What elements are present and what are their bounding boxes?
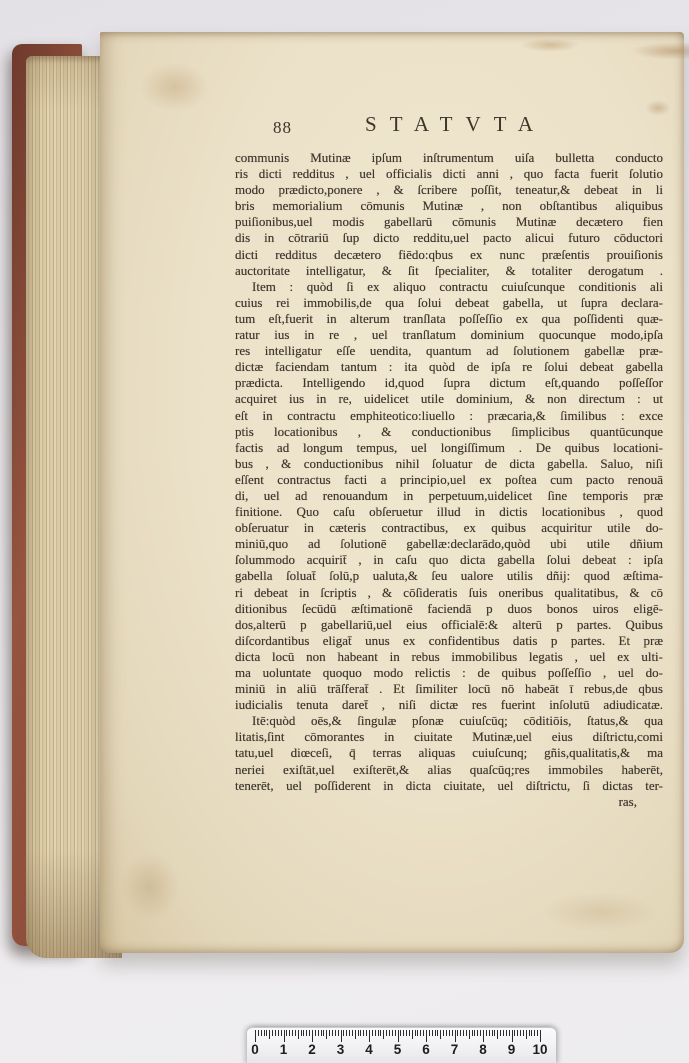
text-line: ris dicti redditus , uel officialis dict… [235,166,663,182]
ruler-tick [398,1030,399,1042]
ruler-tick [372,1030,373,1036]
ruler-tick [429,1030,430,1036]
ruler-tick [266,1030,267,1036]
running-head: 88 STATVTA [235,112,663,140]
ruler-tick [289,1030,290,1036]
ruler-tick [286,1030,287,1036]
ruler-tick [500,1030,501,1036]
ruler-tick [343,1030,344,1036]
ruler-tick [378,1030,379,1036]
ruler-tick [531,1030,532,1036]
photo-background: 88 STATVTA communis Mutinæ ipſum inſtrum… [0,0,689,1063]
body-text: communis Mutinæ ipſum inſtrumentum uiſa … [235,150,663,810]
text-line: dicta locū non habeant in rebus immobili… [235,649,663,665]
ruler-tick [520,1030,521,1036]
ruler-tick [517,1030,518,1036]
text-line: modo prædicto,ponere , & ſcribere poſſit… [235,182,663,198]
ruler-tick [472,1030,473,1036]
text-line: communis Mutinæ ipſum inſtrumentum uiſa … [235,150,663,166]
ruler-tick [455,1030,456,1042]
ruler-tick [486,1030,487,1036]
text-line: eſt in contractu emphiteotico:liuello : … [235,408,663,424]
ruler-number: 7 [451,1042,459,1057]
ruler-tick [423,1030,424,1036]
text-line: ditionibus ſecūdū æſtimationē faciendā p… [235,601,663,617]
ruler-tick [432,1030,433,1036]
ruler-number: 9 [508,1042,516,1057]
text-line: ſolummodo acquirit̄ , in caſu quo dicta … [235,552,663,568]
ruler-tick [526,1030,527,1039]
book-page: 88 STATVTA communis Mutinæ ipſum inſtrum… [100,32,684,953]
ruler-number: 8 [479,1042,487,1057]
text-line: cuius rei immobilis,de qua ſolui debeat … [235,295,663,311]
ruler-tick [323,1030,324,1036]
ruler-tick [409,1030,410,1036]
text-line: dicti redditus decætero fiēdo:qbus ex nu… [235,247,663,263]
ruler-tick [295,1030,296,1036]
text-line: gabella ſoluat̄ ſolū,p ualuta,& ſeu ualo… [235,568,663,584]
ruler-tick [492,1030,493,1036]
ruler-number: 4 [365,1042,373,1057]
ruler-tick [440,1030,441,1039]
ruler-tick [435,1030,436,1036]
ruler-tick [292,1030,293,1036]
foxing-spot [120,852,180,922]
text-line: obſeruatur in cæteris contractibus, ex q… [235,520,663,536]
ruler-tick [321,1030,322,1036]
ruler-number: 5 [394,1042,402,1057]
ruler-tick [332,1030,333,1036]
ruler-tick [358,1030,359,1036]
text-line: miniū in aliū trāſferat̄ . Et ſimiliter … [235,681,663,697]
text-line: dos,alterū p gabellariū,uel eius officia… [235,617,663,633]
foxing-spot [630,42,689,60]
ruler-number: 2 [308,1042,316,1057]
ruler-tick [338,1030,339,1036]
ruler-tick [426,1030,427,1042]
ruler-tick [509,1030,510,1036]
ruler-tick [278,1030,279,1036]
text-line: tatu,uel diœceſi, q̄ terras aliquas cuiu… [235,745,663,761]
ruler-tick [386,1030,387,1036]
foxing-spot [540,892,660,932]
ruler-tick [261,1030,262,1036]
ruler-number: 10 [532,1042,547,1057]
ruler-tick [437,1030,438,1036]
text-line: factis ad longum tempus, uel longiſſimum… [235,440,663,456]
ruler-tick [335,1030,336,1036]
ruler-tick [463,1030,464,1036]
ruler-tick [355,1030,356,1039]
ruler-tick [258,1030,259,1036]
ruler-tick [309,1030,310,1036]
ruler-tick [443,1030,444,1036]
text-line: dictæ faciendam tantum : ita quòd de ipſ… [235,359,663,375]
text-line: tum eſt,fuerit in alterum tranſlata poſſ… [235,311,663,327]
text-line: puiſionibus,uel modis gabellarū cōmunis … [235,214,663,230]
text-line: bris memorialium cōmunis Mutinæ , non ob… [235,198,663,214]
ruler-tick [489,1030,490,1036]
ruler-tick [477,1030,478,1036]
ruler: 012345678910 [247,1027,556,1063]
ruler-tick [534,1030,535,1036]
ruler-tick [346,1030,347,1036]
ruler-tick [375,1030,376,1036]
text-line: auctoritate intelligatur, & ſit ſpeciali… [235,263,663,279]
text-line: ma uoluntate quoquo modo relictis : de q… [235,665,663,681]
text-line: Item : quòd ſi ex aliquo contractu cuiuſ… [235,279,663,295]
text-line: di, uel ad renouandum in perpetuum,uidel… [235,488,663,504]
ruler-tick [326,1030,327,1039]
ruler-tick [466,1030,467,1036]
ruler-number: 6 [422,1042,430,1057]
text-line: tenerēt, uel poſſiderent in dicta ciuita… [235,778,663,794]
ruler-tick [360,1030,361,1036]
ruler-number: 0 [251,1042,259,1057]
text-line: Itē:quòd oēs,& ſingulæ pſonæ cuiuſcūq; c… [235,713,663,729]
ruler-tick [540,1030,541,1042]
text-line: eſſent contractus facti a principio,uel … [235,472,663,488]
ruler-tick [363,1030,364,1036]
page-title: STATVTA [235,112,663,137]
ruler-tick [281,1030,282,1036]
text-line: acquiret ius in re, uidelicet utile domi… [235,391,663,407]
ruler-tick [301,1030,302,1036]
ruler-tick [349,1030,350,1036]
ruler-tick [318,1030,319,1036]
ruler-tick [480,1030,481,1036]
ruler-tick [512,1030,513,1042]
ruler-tick [449,1030,450,1036]
ruler-tick [469,1030,470,1039]
ruler-tick [303,1030,304,1036]
ruler-tick [412,1030,413,1039]
ruler-tick [272,1030,273,1036]
text-line: ratur ius in re , uel tranſlatum dominiu… [235,327,663,343]
ruler-tick [315,1030,316,1036]
text-line: miniū,quo ad ſolutionē gabellæ:declarādo… [235,536,663,552]
foxing-spot [520,38,580,52]
ruler-tick [284,1030,285,1042]
ruler-tick [306,1030,307,1036]
ruler-tick [329,1030,330,1036]
ruler-tick [457,1030,458,1036]
text-line: res intelligatur eſſe uendita, quantum a… [235,343,663,359]
ruler-tick [275,1030,276,1036]
text-line: ptis locationibus , & conductionibus ſim… [235,424,663,440]
ruler-tick [352,1030,353,1036]
text-line: neriei exiſtāt,uel exiſterēt,& alias qua… [235,762,663,778]
ruler-tick [474,1030,475,1036]
catchword: ras, [235,794,663,810]
ruler-number: 1 [280,1042,288,1057]
ruler-tick [537,1030,538,1036]
text-line: finitione. Quo caſu obſeruetur illud in … [235,504,663,520]
ruler-tick [269,1030,270,1039]
ruler-tick [417,1030,418,1036]
text-line: litatis,ſint cōmorantes in ciuitate Muti… [235,729,663,745]
ruler-tick [312,1030,313,1042]
ruler-tick [383,1030,384,1039]
foxing-spot [140,62,210,112]
text-line: iudicialis tenuta daret̄ , niſi dictæ re… [235,697,663,713]
ruler-tick [380,1030,381,1036]
ruler-tick [506,1030,507,1036]
ruler-tick [446,1030,447,1036]
ruler-tick [420,1030,421,1036]
ruler-tick [497,1030,498,1039]
ruler-tick [400,1030,401,1036]
ruler-tick [395,1030,396,1036]
ruler-numbers: 012345678910 [255,1042,542,1060]
text-line: prædicta. Intelligendo id,quod ſupra dic… [235,375,663,391]
ruler-tick [460,1030,461,1036]
ruler-tick [255,1030,256,1042]
ruler-tick [341,1030,342,1042]
ruler-tick [389,1030,390,1036]
ruler-tick [369,1030,370,1042]
ruler-tick [406,1030,407,1036]
ruler-tick [494,1030,495,1036]
ruler-tick [483,1030,484,1042]
ruler-tick [415,1030,416,1036]
ruler-tick [514,1030,515,1036]
text-line: bus , & conductionibus nihil ſoluatur de… [235,456,663,472]
ruler-number: 3 [337,1042,345,1057]
ruler-tick [392,1030,393,1036]
ruler-tick [403,1030,404,1036]
ruler-tick [298,1030,299,1039]
ruler-tick [529,1030,530,1036]
ruler-tick [452,1030,453,1036]
ruler-tick [503,1030,504,1036]
ruler-tick [366,1030,367,1036]
text-line: diſcordantibus eligat̄ unus ex confident… [235,633,663,649]
text-line: ri debeat in ſcriptis , & cōſideratis ſu… [235,585,663,601]
text-line: dis in cōtrariū ſup dicto redditu,uel pa… [235,230,663,246]
ruler-tick [264,1030,265,1036]
ruler-tick [523,1030,524,1036]
